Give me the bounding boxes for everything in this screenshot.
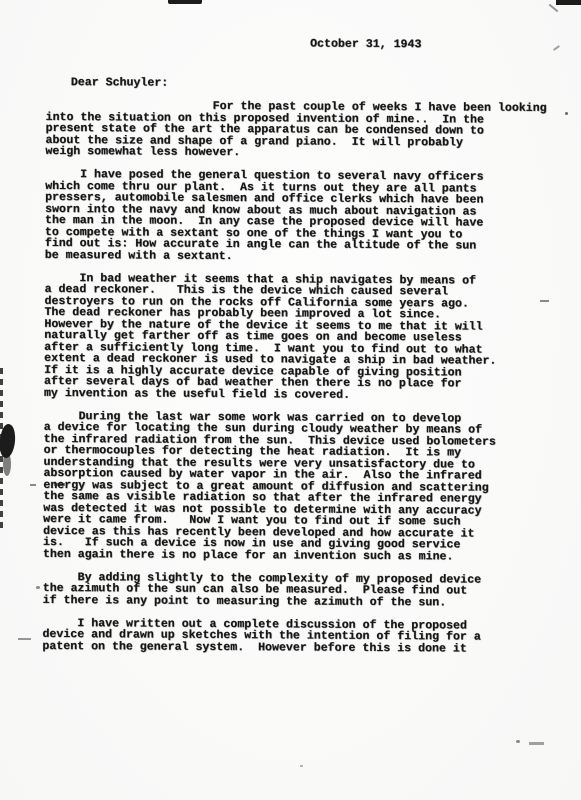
letter-paragraph: For the past couple of weeks I have been…: [45, 100, 545, 161]
ink-smudge-top-edge: [168, 0, 202, 4]
ink-speck: [565, 112, 568, 115]
ink-smudge-top-right-corner: [556, 0, 581, 5]
letter-date: October 31, 1943: [310, 39, 421, 51]
letter-paragraph: I have posed the general question to sev…: [45, 169, 546, 264]
letter-paragraph: During the last war some work was carrie…: [43, 410, 544, 563]
letter-paragraph: I have written out a complete discussion…: [42, 617, 542, 655]
ink-speck: [30, 484, 36, 486]
letter-salutation: Dear Schuyler:: [71, 77, 168, 89]
letter-paragraph: By adding slightly to the complexity of …: [43, 571, 543, 609]
letter-body: For the past couple of weeks I have been…: [42, 100, 545, 667]
letter-content: October 31, 1943 Dear Schuyler: For the …: [0, 0, 581, 800]
ink-speck: [54, 483, 65, 486]
ink-speck: [529, 742, 544, 745]
ink-speck: [300, 765, 303, 767]
ink-speck: [540, 300, 549, 302]
ink-speck: [36, 586, 40, 589]
ink-speck: [516, 740, 520, 743]
letter-page: October 31, 1943 Dear Schuyler: For the …: [0, 0, 581, 800]
ink-speck: [18, 638, 31, 640]
letter-paragraph: In bad weather it seems that a ship navi…: [44, 272, 545, 402]
ink-blob-left-edge: [3, 452, 11, 476]
